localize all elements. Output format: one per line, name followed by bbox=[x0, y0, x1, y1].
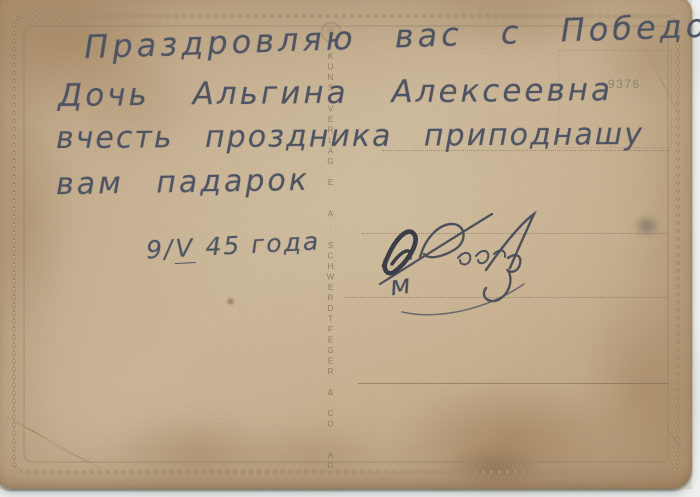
paper-spot bbox=[226, 297, 235, 306]
handwritten-line-3: вчесть проздника приподнашу bbox=[56, 117, 644, 156]
scanned-postcard-photo: 9376 KUNSTVERLAG E. A. SCHWERDTFEGER & C… bbox=[0, 0, 700, 497]
paper-stain bbox=[247, 421, 377, 486]
paper-stain bbox=[445, 444, 545, 489]
date-month-numeral: V bbox=[174, 233, 197, 264]
publisher-imprint: KUNSTVERLAG E. A. SCHWERDTFEGER & CO. AG… bbox=[323, 52, 337, 468]
handwritten-initial: м bbox=[388, 269, 412, 303]
handwritten-line-2: Дочь Альгина Алексеевна bbox=[58, 72, 613, 114]
crease-mark bbox=[49, 442, 109, 472]
address-solid-line bbox=[358, 383, 668, 384]
date-day-part: 9/ bbox=[145, 234, 175, 264]
handwritten-date: 9/V 45 года bbox=[145, 226, 320, 264]
handwritten-line-4: вам падарок bbox=[56, 163, 310, 202]
date-year-part: 45 года bbox=[205, 226, 321, 261]
postcard-back: 9376 KUNSTVERLAG E. A. SCHWERDTFEGER & C… bbox=[0, 0, 692, 489]
ink-smudge bbox=[633, 214, 661, 238]
paper-stain bbox=[582, 291, 700, 491]
handwritten-signature bbox=[374, 206, 546, 324]
